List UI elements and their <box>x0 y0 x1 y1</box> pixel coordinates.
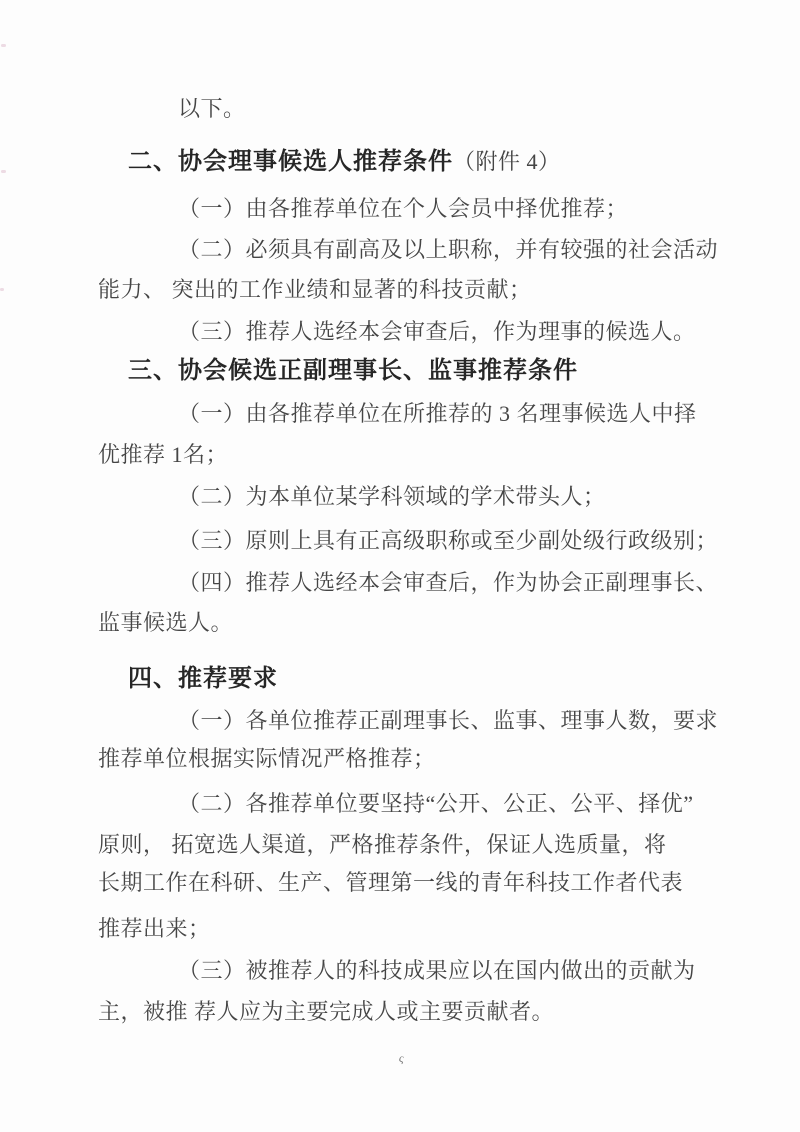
section-heading-2: 二、协会理事候选人推荐条件（附件 4） <box>128 149 561 175</box>
section-heading-3: 三、协会候选正副理事长、监事推荐条件 <box>128 358 578 384</box>
text-line-carryover: 以下。 <box>178 97 246 121</box>
text-line-sec3-item4: （四）推荐人选经本会审查后，作为协会正副理事长、 <box>178 571 718 595</box>
scan-speck <box>0 288 4 291</box>
text-line-sec2-item2: （二）必须具有副高及以上职称，并有较强的社会活动 <box>178 238 718 262</box>
text-line-sec4-item2-cont1: 原则， 拓宽选人渠道，严格推荐条件，保证人选质量，将 <box>98 833 667 857</box>
text-line-sec4-item2-cont2: 长期工作在科研、生产、管理第一线的青年科技工作者代表 <box>98 871 683 895</box>
text-line-sec2-item2-cont: 能力、 突出的工作业绩和显著的科技贡献； <box>98 278 532 302</box>
text-line-sec2-item1: （一）由各推荐单位在个人会员中择优推荐； <box>178 197 628 221</box>
text-line-sec4-item2: （二）各推荐单位要坚持“公开、公正、公平、择优” <box>178 792 694 816</box>
section-heading-4: 四、推荐要求 <box>128 666 278 692</box>
section-heading-2-title: 二、协会理事候选人推荐条件 <box>128 149 453 175</box>
scan-speck <box>1 44 6 47</box>
text-line-sec3-item3: （三）原则上具有正高级职称或至少副处级行政级别； <box>178 529 718 553</box>
text-line-sec4-item3-cont: 主，被推 荐人应为主要完成人或主要贡献者。 <box>98 1000 554 1024</box>
scan-speck <box>1 170 6 173</box>
stray-pen-mark: ς <box>398 1051 405 1067</box>
text-line-sec3-item1: （一）由各推荐单位在所推荐的 3 名理事候选人中择 <box>178 402 697 426</box>
text-line-sec3-item1-cont: 优推荐 1名； <box>98 443 228 467</box>
text-line-sec3-item2: （二）为本单位某学科领域的学术带头人； <box>178 485 606 509</box>
section-heading-2-attachment-ref: （附件 4） <box>453 149 561 174</box>
text-line-sec3-item4-cont: 监事候选人。 <box>98 611 233 635</box>
document-page: 以下。 二、协会理事候选人推荐条件（附件 4） （一）由各推荐单位在个人会员中择… <box>0 0 800 1132</box>
text-line-sec4-item2-cont3: 推荐出来； <box>98 917 211 941</box>
text-line-sec4-item1: （一）各单位推荐正副理事长、监事、理事人数，要求 <box>178 709 718 733</box>
text-line-sec4-item3: （三）被推荐人的科技成果应以在国内做出的贡献为 <box>178 959 696 983</box>
text-line-sec4-item1-cont: 推荐单位根据实际情况严格推荐； <box>98 747 436 771</box>
text-line-sec2-item3: （三）推荐人选经本会审查后，作为理事的候选人。 <box>178 320 696 344</box>
